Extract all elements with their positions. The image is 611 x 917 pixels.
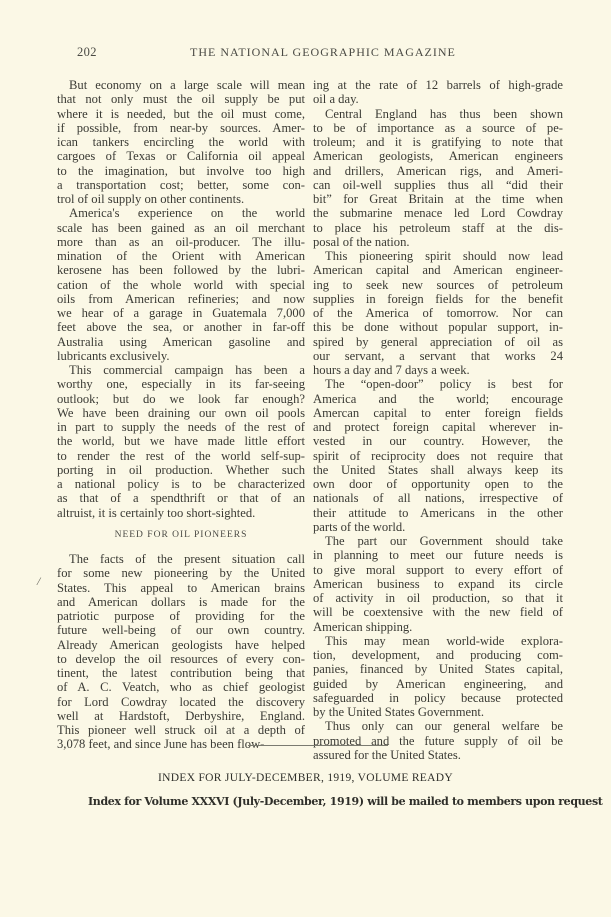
text-line: ican tankers encircling the world with: [57, 135, 305, 149]
running-head: 202 THE NATIONAL GEOGRAPHIC MAGAZINE: [0, 45, 611, 61]
text-line: by the United States Government.: [313, 705, 563, 719]
paragraph: The part our Government should takein pl…: [313, 534, 563, 634]
paragraph: This commercial campaign has been aworth…: [57, 363, 305, 520]
text-line: Central England has thus been shown: [313, 107, 563, 121]
text-line: Australia using American gasoline and: [57, 335, 305, 349]
text-line: guided by American engineering, and: [313, 677, 563, 691]
text-line: to the imagination, but involve too high: [57, 164, 305, 178]
text-line: that not only must the oil supply be put: [57, 92, 305, 106]
text-line: America's experience on the world: [57, 206, 305, 220]
text-line: American capital and American engineer-: [313, 263, 563, 277]
text-line: cation of the whole world with special: [57, 278, 305, 292]
text-line: of the America of tomorrow. Nor can: [313, 306, 563, 320]
text-line: Already American geologists have helped: [57, 638, 305, 652]
text-line: safeguarded in policy because protected: [313, 691, 563, 705]
section-divider: [248, 745, 388, 746]
magazine-page: 202 THE NATIONAL GEOGRAPHIC MAGAZINE But…: [0, 0, 611, 917]
text-line: trol of oil supply on other continents.: [57, 192, 305, 206]
text-line: Thus only can our general welfare be: [313, 719, 563, 733]
text-line: for Lord Cowdray located the discovery: [57, 695, 305, 709]
text-line: in part to supply the needs of the rest …: [57, 420, 305, 434]
text-line: of activity in oil production, so that i…: [313, 591, 563, 605]
paragraph: This may mean world-wide explora-tion, d…: [313, 634, 563, 720]
paragraph: Central England has thus been shownto be…: [313, 107, 563, 250]
text-line: to place his petroleum staff at the dis-: [313, 221, 563, 235]
text-line: feet above the sea, or another in far-of…: [57, 320, 305, 334]
text-line: posal of the nation.: [313, 235, 563, 249]
text-line: to develop the oil resources of every co…: [57, 652, 305, 666]
text-line: vested in our country. However, the: [313, 434, 563, 448]
text-line: nationals of all nations, irrespective o…: [313, 491, 563, 505]
text-line: a national policy is to be characterized: [57, 477, 305, 491]
page-number: 202: [77, 45, 97, 60]
text-line: in planning to meet our future needs is: [313, 548, 563, 562]
text-line: panies, financed by United States capita…: [313, 662, 563, 676]
right-column: ing at the rate of 12 barrels of high-gr…: [313, 78, 563, 762]
paragraph: ing at the rate of 12 barrels of high-gr…: [313, 78, 563, 107]
text-line: oils from American refineries; and now: [57, 292, 305, 306]
text-line: the United States shall always keep its: [313, 463, 563, 477]
text-line: for some new pioneering by the United: [57, 566, 305, 580]
text-line: But economy on a large scale will mean: [57, 78, 305, 92]
text-line: we hear of a garage in Guatemala 7,000: [57, 306, 305, 320]
text-line: to be of importance as a source of pe-: [313, 121, 563, 135]
text-line: lubricants exclusively.: [57, 349, 305, 363]
paragraph: America's experience on the worldscale h…: [57, 206, 305, 363]
text-line: bit” for Great Britain at the time when: [313, 192, 563, 206]
text-line: This pioneer well struck oil at a depth …: [57, 723, 305, 737]
text-line: the submarine menace led Lord Cowdray: [313, 206, 563, 220]
text-line: assured for the United States.: [313, 748, 563, 762]
section-subheading: NEED FOR OIL PIONEERS: [57, 528, 305, 542]
text-line: spired by general appreciation of oil as: [313, 335, 563, 349]
text-line: as that of a spendthrift or that of an: [57, 491, 305, 505]
text-line: can oil-well supplies thus all “did thei…: [313, 178, 563, 192]
text-line: our servant, a servant that works 24: [313, 349, 563, 363]
text-line: Amercan capital to enter foreign fields: [313, 406, 563, 420]
text-line: tinent, the latest contribution being th…: [57, 666, 305, 680]
text-line: the world, but we have made little effor…: [57, 434, 305, 448]
text-line: own door of opportunity open to the: [313, 477, 563, 491]
text-line: troleum; and it is gratifying to note th…: [313, 135, 563, 149]
text-line: well at Hardstoft, Derbyshire, England.: [57, 709, 305, 723]
text-line: more than as an oil-producer. The illu-: [57, 235, 305, 249]
text-line: hours a day and 7 days a week.: [313, 363, 563, 377]
text-line: oil a day.: [313, 92, 563, 106]
notice-title: INDEX FOR JULY-DECEMBER, 1919, VOLUME RE…: [0, 772, 611, 784]
text-line: The part our Government should take: [313, 534, 563, 548]
text-line: ing to seek new sources of petroleum: [313, 278, 563, 292]
left-column: But economy on a large scale will meanth…: [57, 78, 305, 752]
text-line: scale has been gained as an oil merchant: [57, 221, 305, 235]
text-line: future well-being of our own country.: [57, 623, 305, 637]
notice-body: Index for Volume XXXVI (July-December, 1…: [88, 795, 548, 808]
text-line: ing at the rate of 12 barrels of high-gr…: [313, 78, 563, 92]
text-line: American geologists, American engineers: [313, 149, 563, 163]
text-line: porting in oil production. Whether such: [57, 463, 305, 477]
text-line: cargoes of Texas or California oil appea…: [57, 149, 305, 163]
paragraph: The facts of the present situation callf…: [57, 552, 305, 752]
text-line: This may mean world-wide explora-: [313, 634, 563, 648]
text-line: We have been draining our own oil pools: [57, 406, 305, 420]
text-line: tion, development, and producing com-: [313, 648, 563, 662]
text-line: where it is needed, but the oil must com…: [57, 107, 305, 121]
paragraph: But economy on a large scale will meanth…: [57, 78, 305, 206]
text-line: States. This appeal to American brains: [57, 581, 305, 595]
text-line: their attitude to Americans in the other: [313, 506, 563, 520]
text-line: kerosene has been followed by the lubri-: [57, 263, 305, 277]
text-line: if possible, from near-by sources. Amer-: [57, 121, 305, 135]
text-line: American business to expand its circle: [313, 577, 563, 591]
text-line: American shipping.: [313, 620, 563, 634]
text-line: The “open-door” policy is best for: [313, 377, 563, 391]
text-line: America and the world; encourage: [313, 392, 563, 406]
text-line: of A. C. Veatch, who as chief geologist: [57, 680, 305, 694]
text-line: and American dollars is made for the: [57, 595, 305, 609]
text-line: patriotic purpose of providing for the: [57, 609, 305, 623]
text-line: to render the rest of the world self-sup…: [57, 449, 305, 463]
paragraph: This pioneering spirit should now leadAm…: [313, 249, 563, 377]
text-line: and drillers, American rigs, and Ameri-: [313, 164, 563, 178]
stray-mark: /: [37, 574, 40, 589]
text-line: worthy one, especially in its far-seeing: [57, 377, 305, 391]
text-line: altruist, it is certainly too short-sigh…: [57, 506, 305, 520]
text-line: a transportation cost; better, some con-: [57, 178, 305, 192]
magazine-title: THE NATIONAL GEOGRAPHIC MAGAZINE: [190, 45, 456, 60]
text-line: to give moral support to every effort of: [313, 563, 563, 577]
text-line: will be coextensive with the new field o…: [313, 605, 563, 619]
text-line: This pioneering spirit should now lead: [313, 249, 563, 263]
text-line: The facts of the present situation call: [57, 552, 305, 566]
text-line: spirit of reciprocity does not require t…: [313, 449, 563, 463]
paragraph: Thus only can our general welfare beprom…: [313, 719, 563, 762]
text-line: This commercial campaign has been a: [57, 363, 305, 377]
text-line: outlook; but do we look far enough?: [57, 392, 305, 406]
text-line: this be done without popular support, in…: [313, 320, 563, 334]
paragraph: The “open-door” policy is best forAmeric…: [313, 377, 563, 534]
text-line: mination of the Orient with American: [57, 249, 305, 263]
text-line: parts of the world.: [313, 520, 563, 534]
text-line: supplies in foreign fields for the benef…: [313, 292, 563, 306]
text-line: and protect foreign capital wherever in-: [313, 420, 563, 434]
